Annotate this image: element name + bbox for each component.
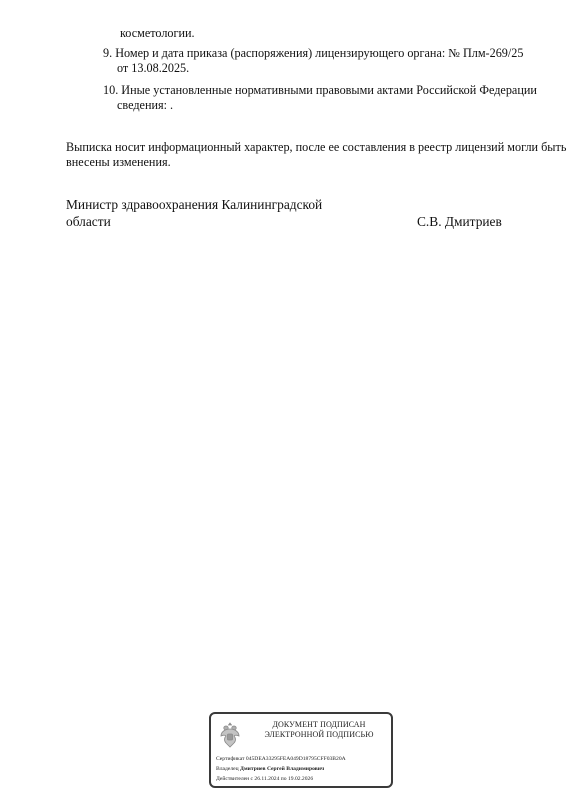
certificate-label: Сертификат (216, 756, 244, 762)
signatory-position-line2: области (66, 214, 111, 230)
item-10-continuation: сведения: . (117, 98, 173, 112)
electronic-signature-stamp: ДОКУМЕНТ ПОДПИСАН ЭЛЕКТРОННОЙ ПОДПИСЬЮ С… (209, 712, 393, 788)
stamp-title-line2: ЭЛЕКТРОННОЙ ПОДПИСЬЮ (251, 730, 387, 740)
signatory-position-line1: Министр здравоохранения Калининградской (66, 197, 322, 213)
stamp-title-line1: ДОКУМЕНТ ПОДПИСАН (251, 720, 387, 730)
validity-row: Действителен с 26.11.2024 по 19.02.2026 (216, 776, 313, 783)
item-number: 10. (103, 83, 118, 97)
certificate-value: 045DEA33295FEA049D18795CFF03B20A (246, 756, 346, 762)
document-page: косметологии. 9. Номер и дата приказа (р… (0, 0, 566, 800)
notice-text-line2: внесены изменения. (66, 155, 171, 169)
owner-label: Владелец (216, 766, 239, 772)
continuation-text: косметологии. (120, 26, 195, 40)
item-text: Иные установленные нормативными правовым… (121, 83, 537, 97)
owner-row: Владелец Дмитриев Сергей Владимирович (216, 766, 324, 773)
certificate-row: Сертификат 045DEA33295FEA049D18795CFF03B… (216, 756, 346, 763)
item-9-continuation: от 13.08.2025. (117, 61, 189, 75)
item-10: 10. Иные установленные нормативными прав… (103, 83, 537, 97)
owner-value: Дмитриев Сергей Владимирович (240, 766, 324, 772)
coat-of-arms-icon (219, 720, 241, 750)
item-9: 9. Номер и дата приказа (распоряжения) л… (103, 46, 523, 60)
item-number: 9. (103, 46, 112, 60)
signatory-name: С.В. Дмитриев (417, 214, 502, 230)
stamp-title: ДОКУМЕНТ ПОДПИСАН ЭЛЕКТРОННОЙ ПОДПИСЬЮ (251, 720, 387, 740)
item-text: Номер и дата приказа (распоряжения) лице… (115, 46, 523, 60)
notice-text-line1: Выписка носит информационный характер, п… (66, 140, 566, 154)
